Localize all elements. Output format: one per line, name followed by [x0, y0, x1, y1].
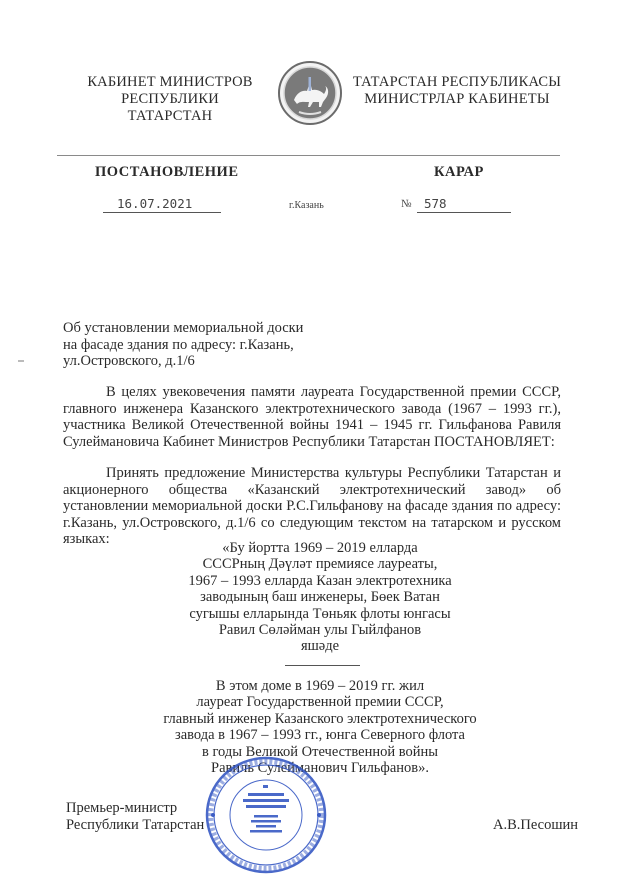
preamble-text: В целях увековечения памяти лауреата Гос… [63, 384, 561, 450]
position-line: Премьер-министр [66, 800, 204, 817]
margin-mark [18, 360, 24, 362]
document-city: г.Казань [289, 200, 324, 211]
document-date: 16.07.2021 [117, 196, 192, 211]
resolution-paragraph: Принять предложение Министерства культур… [63, 465, 561, 548]
inscription-line: завода в 1967 – 1993 гг., юнга Северного… [130, 727, 510, 743]
inscription-line: 1967 – 1993 елларда Казан электротехника [130, 573, 510, 589]
inscription-line: «Бу йортта 1969 – 2019 елларда [130, 540, 510, 556]
document-subject: Об установлении мемориальной доски на фа… [63, 320, 323, 370]
issuer-tt-line2: МИНИСТРЛАР КАБИНЕТЫ [352, 91, 562, 108]
preamble-paragraph: В целях увековечения памяти лауреата Гос… [63, 384, 561, 450]
document-number-field: 578 [417, 196, 511, 213]
number-sign: № [401, 198, 412, 210]
issuer-name-ru: КАБИНЕТ МИНИСТРОВ РЕСПУБЛИКИ ТАТАРСТАН [80, 74, 260, 125]
issuer-ru-line2: РЕСПУБЛИКИ ТАТАРСТАН [80, 91, 260, 125]
tatarstan-coat-of-arms-icon [277, 60, 343, 126]
subject-line: Об установлении мемориальной доски [63, 320, 323, 337]
inscription-line: Равил Сөләйман улы Гыйлфанов [130, 622, 510, 638]
issuer-ru-line1: КАБИНЕТ МИНИСТРОВ [80, 74, 260, 91]
subject-line: ул.Островского, д.1/6 [63, 353, 323, 370]
inscription-line: В этом доме в 1969 – 2019 гг. жил [130, 678, 510, 694]
position-line: Республики Татарстан [66, 817, 204, 834]
subject-line: на фасаде здания по адресу: г.Казань, [63, 337, 323, 354]
document-date-field: 16.07.2021 [103, 196, 221, 213]
document-type-ru: ПОСТАНОВЛЕНИЕ [95, 164, 239, 181]
inscription-line: сугышы елларында Төньяк флоты юнгасы [130, 606, 510, 622]
resolution-text: Принять предложение Министерства культур… [63, 465, 561, 548]
signatory-position: Премьер-министр Республики Татарстан [66, 800, 204, 833]
inscription-tatar: «Бу йортта 1969 – 2019 елларда СССРның Д… [130, 540, 510, 655]
issuer-name-tt: ТАТАРСТАН РЕСПУБЛИКАСЫ МИНИСТРЛАР КАБИНЕ… [352, 74, 562, 108]
inscription-line: заводының баш инженеры, Бөек Ватан [130, 589, 510, 605]
inscription-line: яшәде [130, 638, 510, 654]
inscription-line: главный инженер Казанского электротехнич… [130, 711, 510, 727]
inscription-divider [285, 665, 360, 666]
document-type-tt: КАРАР [434, 164, 484, 181]
document-number: 578 [424, 196, 447, 211]
signatory-name: А.В.Песошин [493, 817, 578, 834]
inscription-line: лауреат Государственной премии СССР, [130, 694, 510, 710]
inscription-line: СССРның Дәүләт премиясе лауреаты, [130, 556, 510, 572]
issuer-tt-line1: ТАТАРСТАН РЕСПУБЛИКАСЫ [352, 74, 562, 91]
header-divider [57, 155, 560, 156]
official-seal-stamp-icon [203, 753, 329, 875]
